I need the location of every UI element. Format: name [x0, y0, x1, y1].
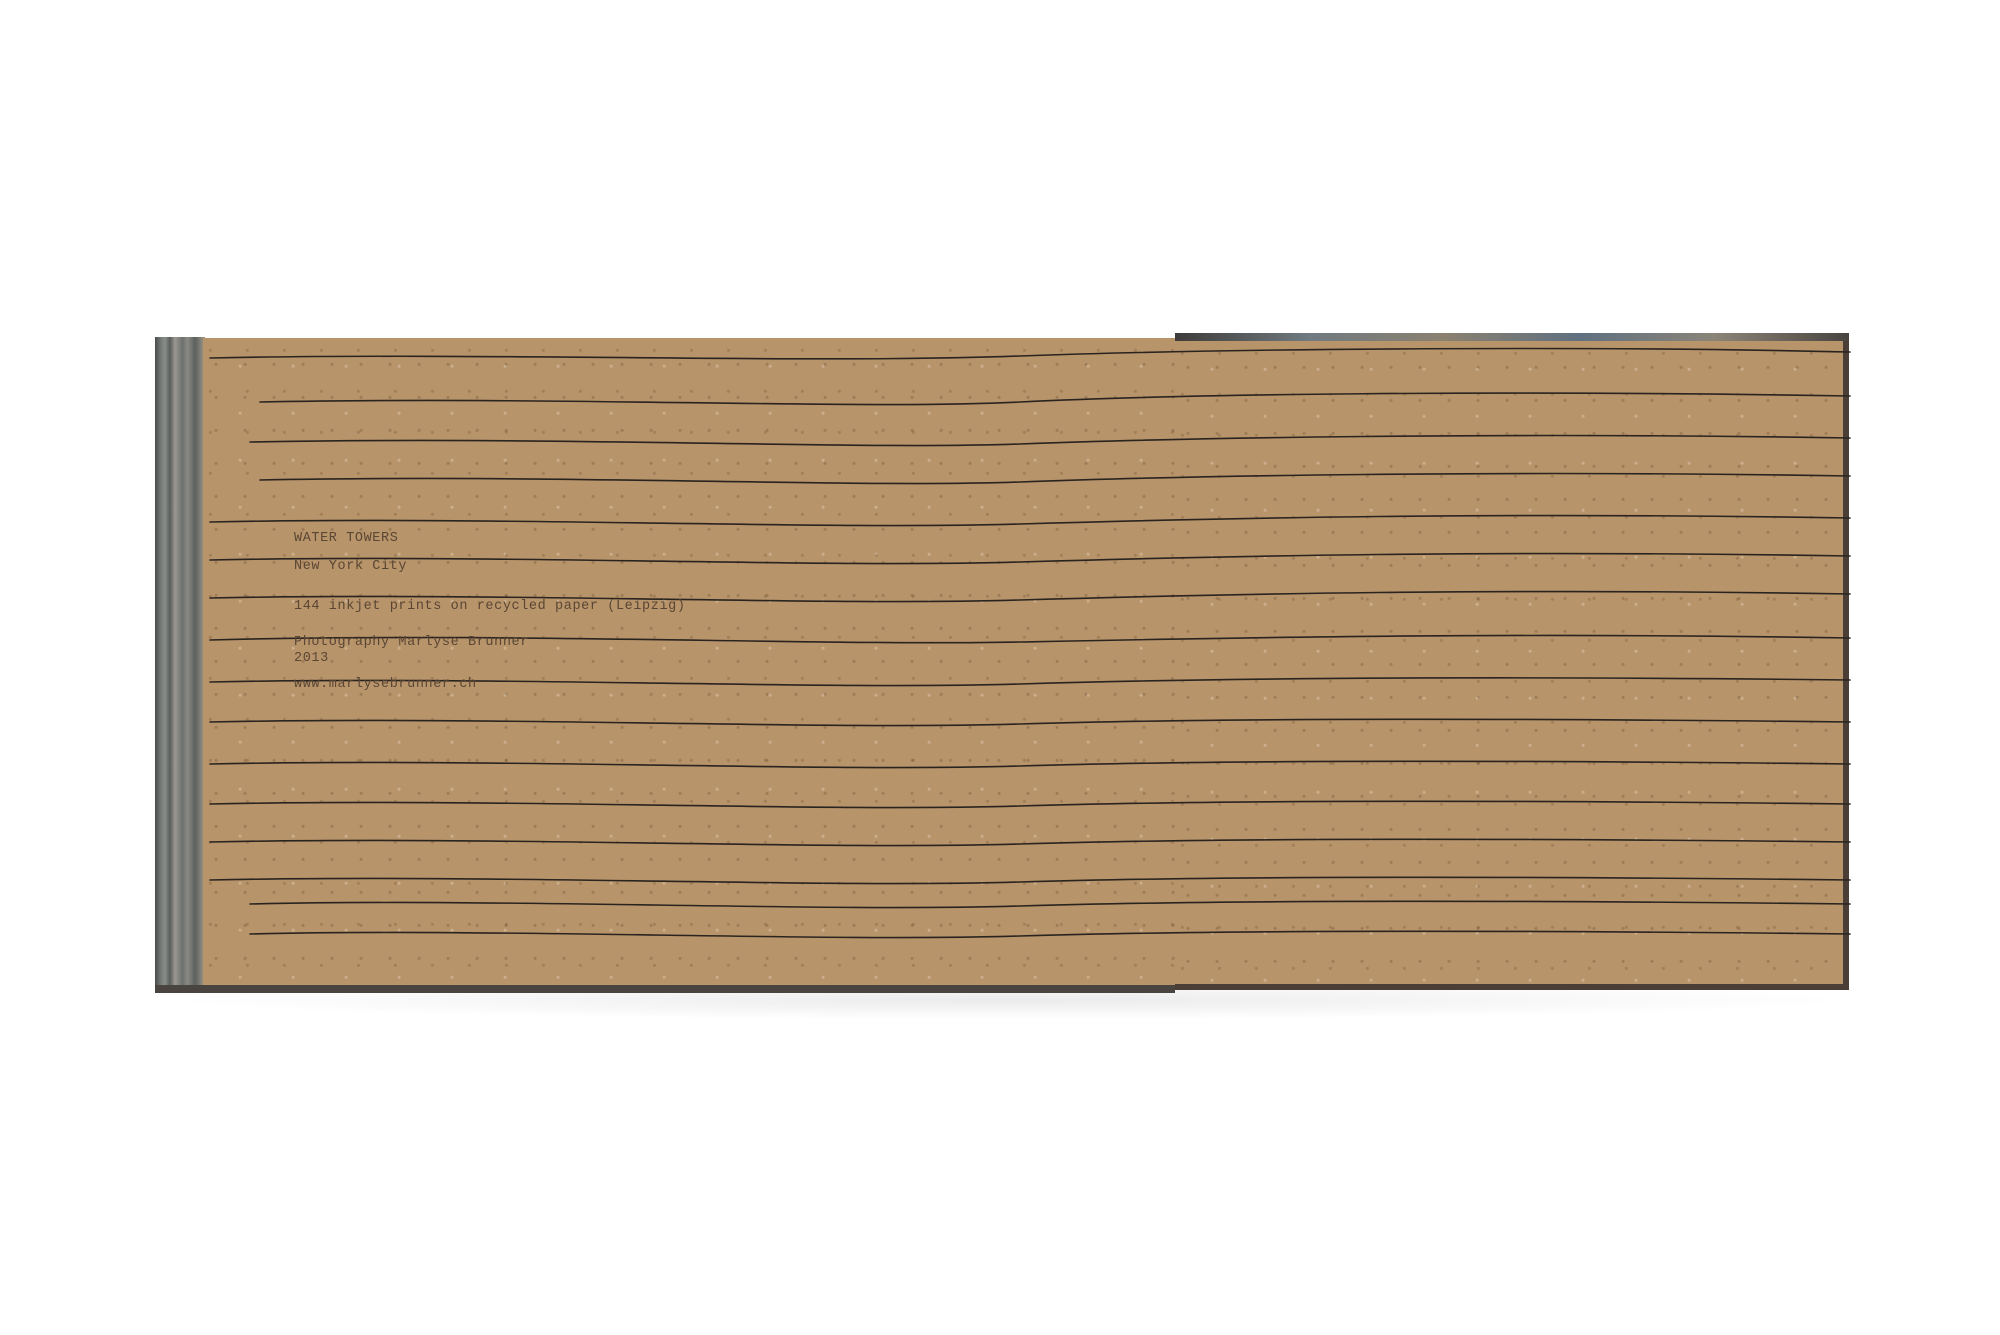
colophon-year: 2013	[294, 650, 329, 667]
ruled-lines	[0, 0, 2000, 1335]
colophon-credit: Photography Marlyse Brunner	[294, 634, 529, 651]
colophon-location: New York City	[294, 558, 407, 575]
colophon-website: www.marlysebrunner.ch	[294, 676, 477, 693]
colophon-title: WATER TOWERS	[294, 530, 398, 547]
colophon-details: 144 inkjet prints on recycled paper (Lei…	[294, 598, 686, 615]
